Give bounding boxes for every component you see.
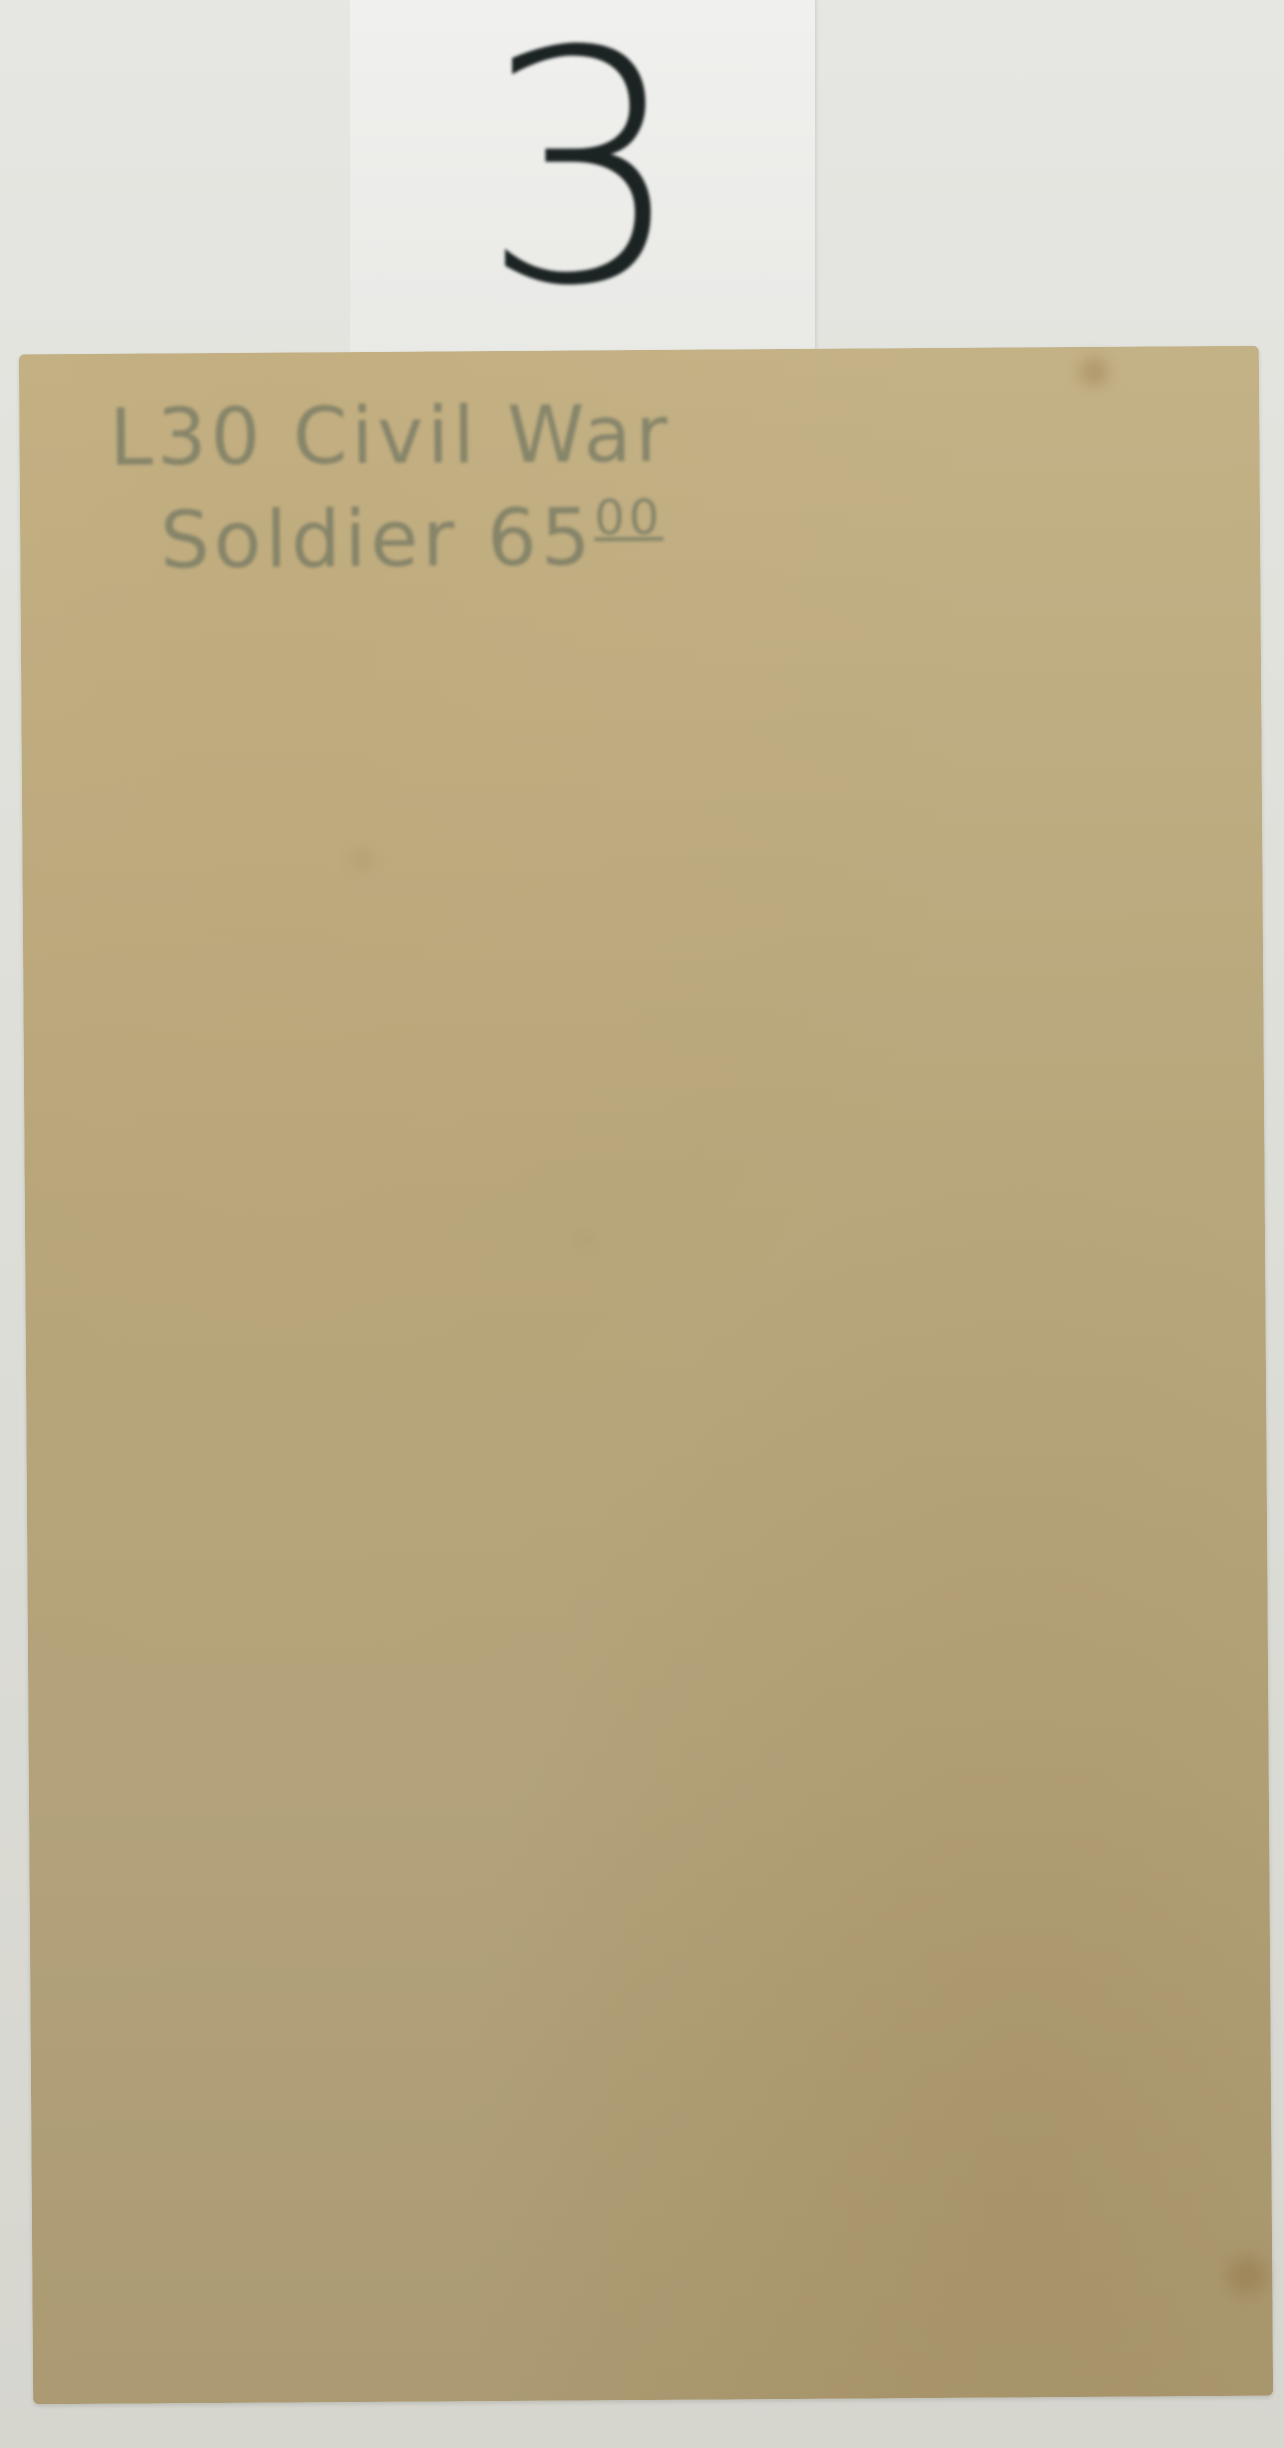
stain-mark	[580, 1235, 590, 1245]
lot-number-label: 3	[350, 0, 815, 360]
stain-mark	[1079, 357, 1109, 387]
subject-text: Soldier	[160, 494, 459, 586]
stain-mark	[1227, 2256, 1267, 2296]
pencil-inscription-line-1: L30 Civil War	[109, 390, 672, 484]
pencil-inscription-line-2: Soldier 6500	[160, 490, 664, 587]
card-back: L30 Civil War Soldier 6500	[19, 346, 1273, 2405]
lot-number: 3	[350, 0, 815, 340]
price-cents: 00	[594, 490, 663, 546]
stain-mark	[352, 852, 372, 868]
price-dollars: 65	[487, 493, 595, 584]
